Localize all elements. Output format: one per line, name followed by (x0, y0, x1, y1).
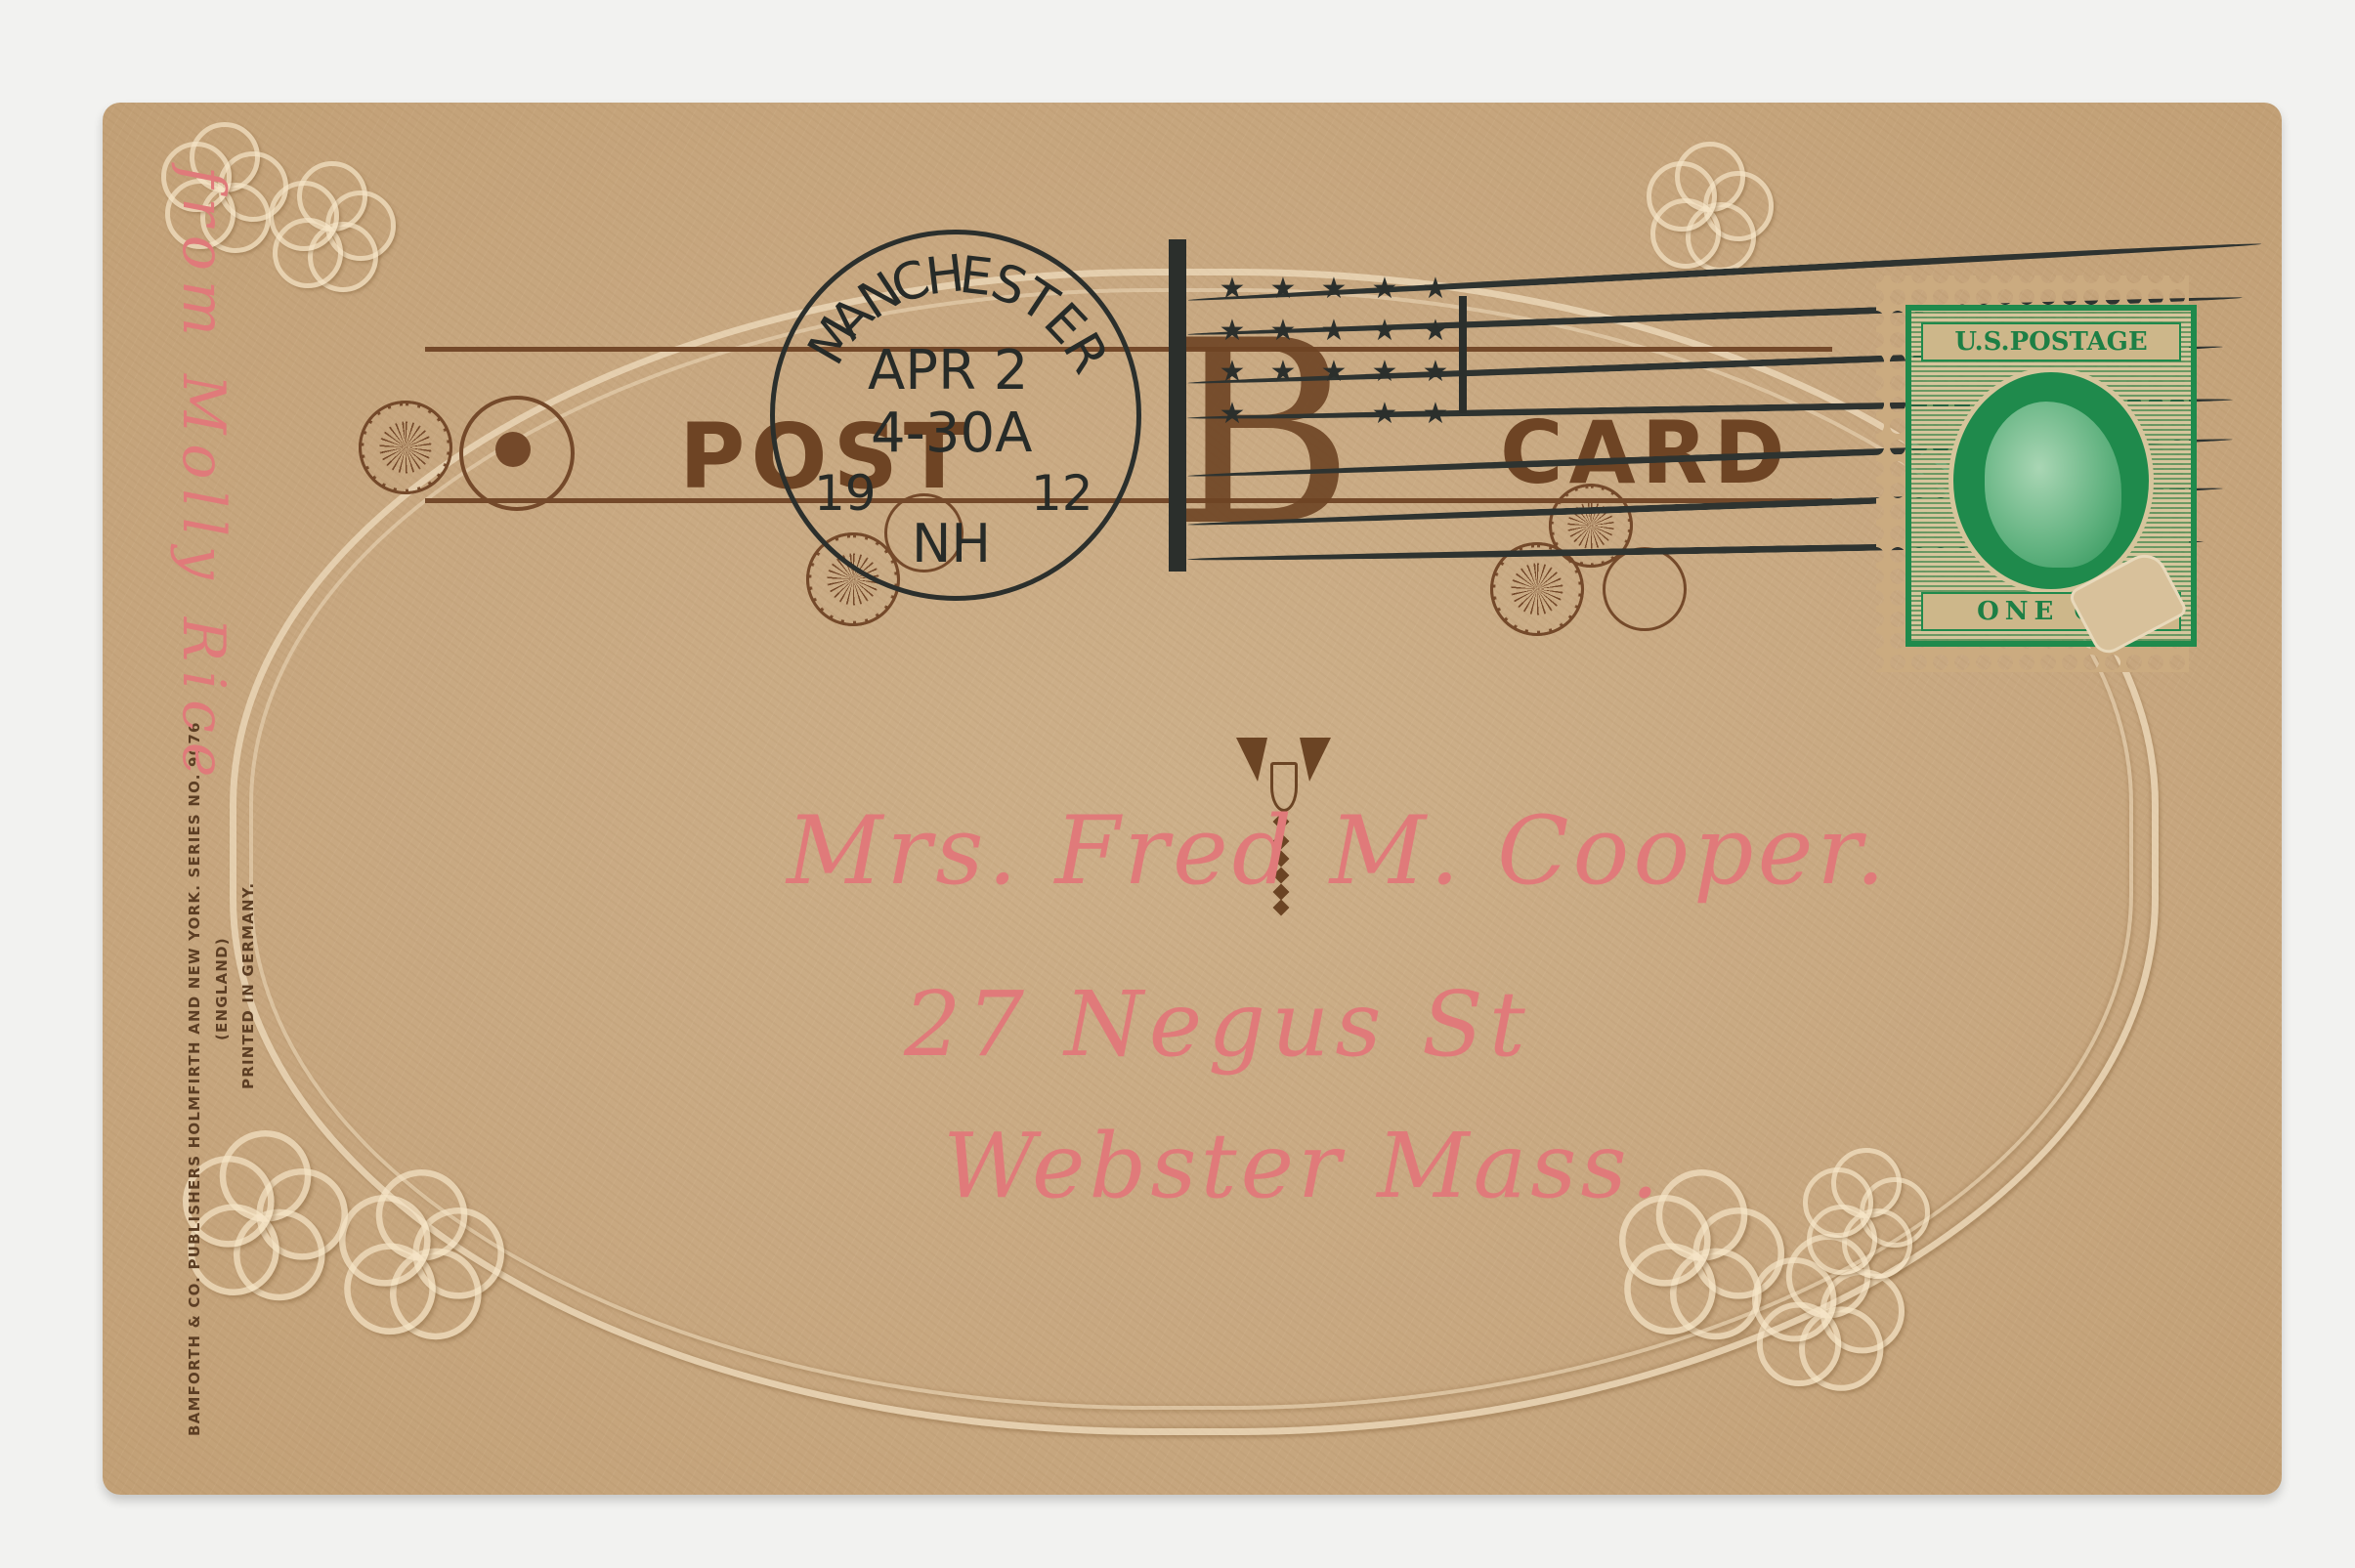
spiral-scroll-icon (459, 396, 575, 511)
publisher-printed-in: PRINTED IN GERMANY. (239, 882, 257, 1089)
postmark-year-left: 19 (814, 469, 877, 518)
address-city: Webster Mass. (943, 1114, 1663, 1218)
postmark-state: NH (912, 518, 991, 571)
embossed-flower-icon (339, 1169, 492, 1322)
portrait-icon (1985, 402, 2121, 568)
postmark: MANCHESTER APR 2 4-30A 19 12 NH (770, 230, 1141, 601)
embossed-flower-icon (183, 1130, 335, 1283)
publisher-imprint: BAMFORTH & CO. PUBLISHERS HOLMFIRTH AND … (186, 721, 203, 1436)
address-name: Mrs. Fred M. Cooper. (787, 796, 1889, 906)
sender-note: from Molly Rice (169, 166, 237, 786)
flag-stars-icon: ★★★★★ ★★★★★ ★★★★★ ★★★ (1207, 269, 1461, 435)
rosette-icon (359, 401, 452, 494)
publisher-country: (ENGLAND) (213, 937, 231, 1040)
flag-pole (1169, 239, 1186, 572)
address-street: 27 Negus St (904, 972, 1531, 1077)
rosette-icon (1603, 547, 1687, 631)
embossed-flower-icon (1647, 142, 1764, 259)
postcard: POST B CARD ★★★★★ ★★★★★ ★★★★★ ★★★ MANCHE… (103, 103, 2282, 1495)
postmark-date: APR 2 (868, 344, 1028, 399)
stamp-portrait-oval (1948, 367, 2154, 594)
embossed-flower-icon (1803, 1148, 1920, 1265)
stamp-top-text: U.S.POSTAGE (1921, 322, 2181, 361)
flag-canton-edge (1459, 296, 1467, 413)
postmark-year-right: 12 (1031, 469, 1093, 518)
embossed-flower-icon (269, 161, 386, 278)
postmark-time: 4-30A (871, 406, 1032, 461)
